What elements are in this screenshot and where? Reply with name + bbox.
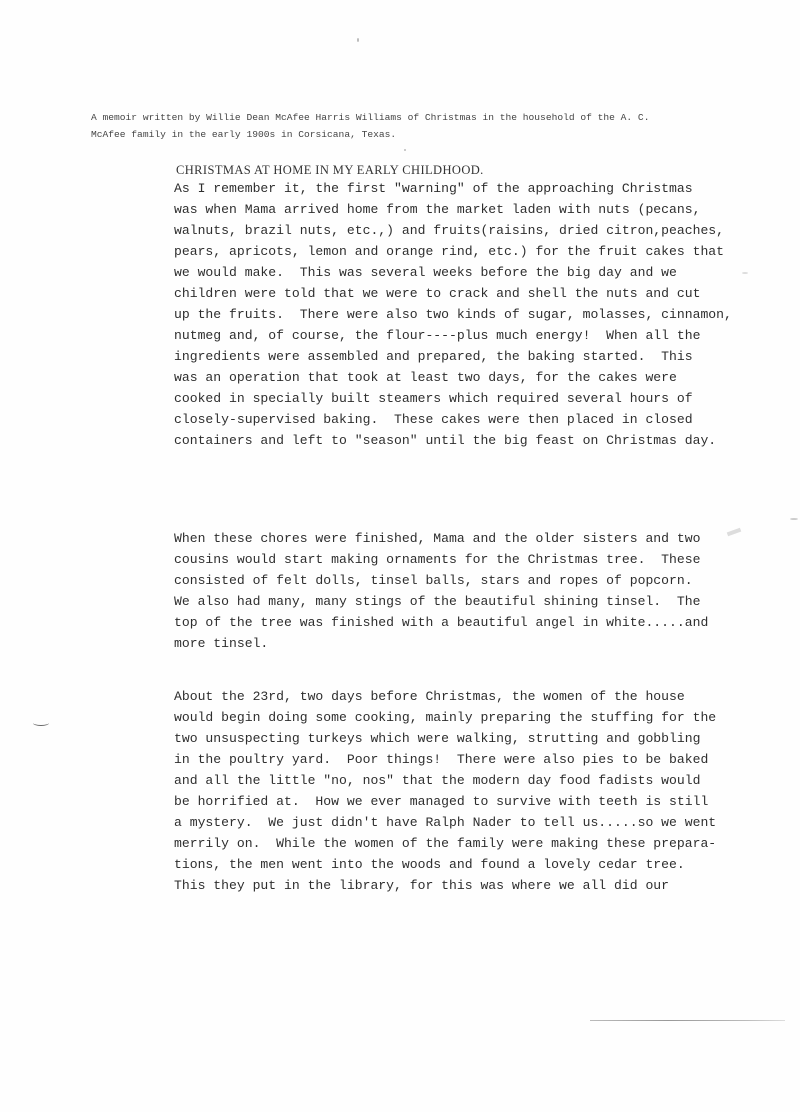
text-line: pears, apricots, lemon and orange rind, … [174,241,734,262]
scan-speck [404,149,406,151]
paragraph-fruit-cakes: As I remember it, the first "warning" of… [174,178,734,451]
text-line: containers and left to "season" until th… [174,430,734,451]
text-line: a mystery. We just didn't have Ralph Nad… [174,812,734,833]
text-line: This they put in the library, for this w… [174,875,734,896]
document-title: CHRISTMAS AT HOME IN MY EARLY CHILDHOOD. [176,163,484,178]
text-line: When these chores were finished, Mama an… [174,528,734,549]
text-line: ingredients were assembled and prepared,… [174,346,734,367]
memoir-description: A memoir written by Willie Dean McAfee H… [91,109,731,143]
text-line: merrily on. While the women of the famil… [174,833,734,854]
text-line: cousins would start making ornaments for… [174,549,734,570]
text-line: closely-supervised baking. These cakes w… [174,409,734,430]
text-line: cooked in specially built steamers which… [174,388,734,409]
text-line: in the poultry yard. Poor things! There … [174,749,734,770]
text-line: would begin doing some cooking, mainly p… [174,707,734,728]
text-line: we would make. This was several weeks be… [174,262,734,283]
text-line: We also had many, many stings of the bea… [174,591,734,612]
paragraph-ornaments: When these chores were finished, Mama an… [174,528,734,654]
text-line: children were told that we were to crack… [174,283,734,304]
text-line: tions, the men went into the woods and f… [174,854,734,875]
footer-rule [590,1020,785,1021]
scan-speck [742,272,748,274]
text-line: As I remember it, the first "warning" of… [174,178,734,199]
text-line: up the fruits. There were also two kinds… [174,304,734,325]
text-line: two unsuspecting turkeys which were walk… [174,728,734,749]
text-line: About the 23rd, two days before Christma… [174,686,734,707]
intro-line: A memoir written by Willie Dean McAfee H… [91,109,731,126]
text-line: more tinsel. [174,633,734,654]
text-line: top of the tree was finished with a beau… [174,612,734,633]
text-line: be horrified at. How we ever managed to … [174,791,734,812]
text-line: nutmeg and, of course, the flour----plus… [174,325,734,346]
text-line: was when Mama arrived home from the mark… [174,199,734,220]
paragraph-cooking: About the 23rd, two days before Christma… [174,686,734,896]
margin-mark [33,720,49,726]
text-line: was an operation that took at least two … [174,367,734,388]
text-line: walnuts, brazil nuts, etc.,) and fruits(… [174,220,734,241]
text-line: and all the little "no, nos" that the mo… [174,770,734,791]
intro-line: McAfee family in the early 1900s in Cors… [91,126,731,143]
scan-speck [357,38,359,42]
document-page: A memoir written by Willie Dean McAfee H… [0,0,800,1112]
text-line: consisted of felt dolls, tinsel balls, s… [174,570,734,591]
scan-speck [790,518,798,520]
